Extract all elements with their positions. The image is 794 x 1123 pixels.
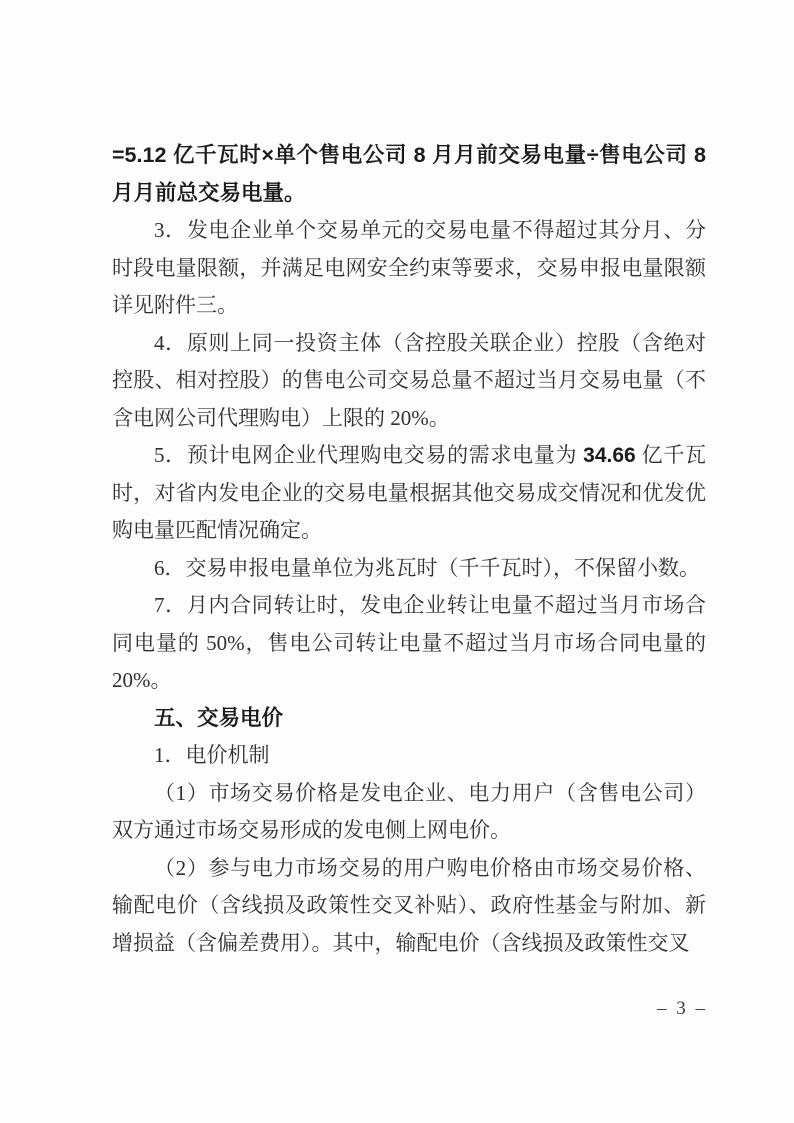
point-1: （1）市场交易价格是发电企业、电力用户（含售电公司）双方通过市场交易形成的发电侧… [112,775,706,850]
list-item-5: 5．预计电网企业代理购电交易的需求电量为 34.66 亿千瓦时，对省内发电企业的… [112,437,706,550]
formula-continuation-line: =5.12 亿千瓦时×单个售电公司 8 月月前交易电量÷售电公司 8 月月前总交… [112,137,706,212]
page-number: – 3 – [657,998,706,1020]
scanned-document-page: =5.12 亿千瓦时×单个售电公司 8 月月前交易电量÷售电公司 8 月月前总交… [0,0,794,1123]
list-item-5-text-pre: 5．预计电网企业代理购电交易的需求电量为 [154,443,583,467]
document-body: =5.12 亿千瓦时×单个售电公司 8 月月前交易电量÷售电公司 8 月月前总交… [112,137,706,962]
demand-volume-value: 34.66 [583,444,636,467]
subsection-1-heading: 1．电价机制 [112,737,706,775]
list-item-7: 7．月内合同转让时，发电企业转让电量不超过当月市场合同电量的 50%，售电公司转… [112,587,706,700]
list-item-4: 4．原则上同一投资主体（含控股关联企业）控股（含绝对控股、相对控股）的售电公司交… [112,325,706,438]
point-2: （2）参与电力市场交易的用户购电价格由市场交易价格、输配电价（含线损及政策性交叉… [112,850,706,963]
list-item-3: 3．发电企业单个交易单元的交易电量不得超过其分月、分时段电量限额，并满足电网安全… [112,212,706,325]
section-5-heading: 五、交易电价 [112,700,706,738]
list-item-6: 6．交易申报电量单位为兆瓦时（千千瓦时），不保留小数。 [112,550,706,588]
